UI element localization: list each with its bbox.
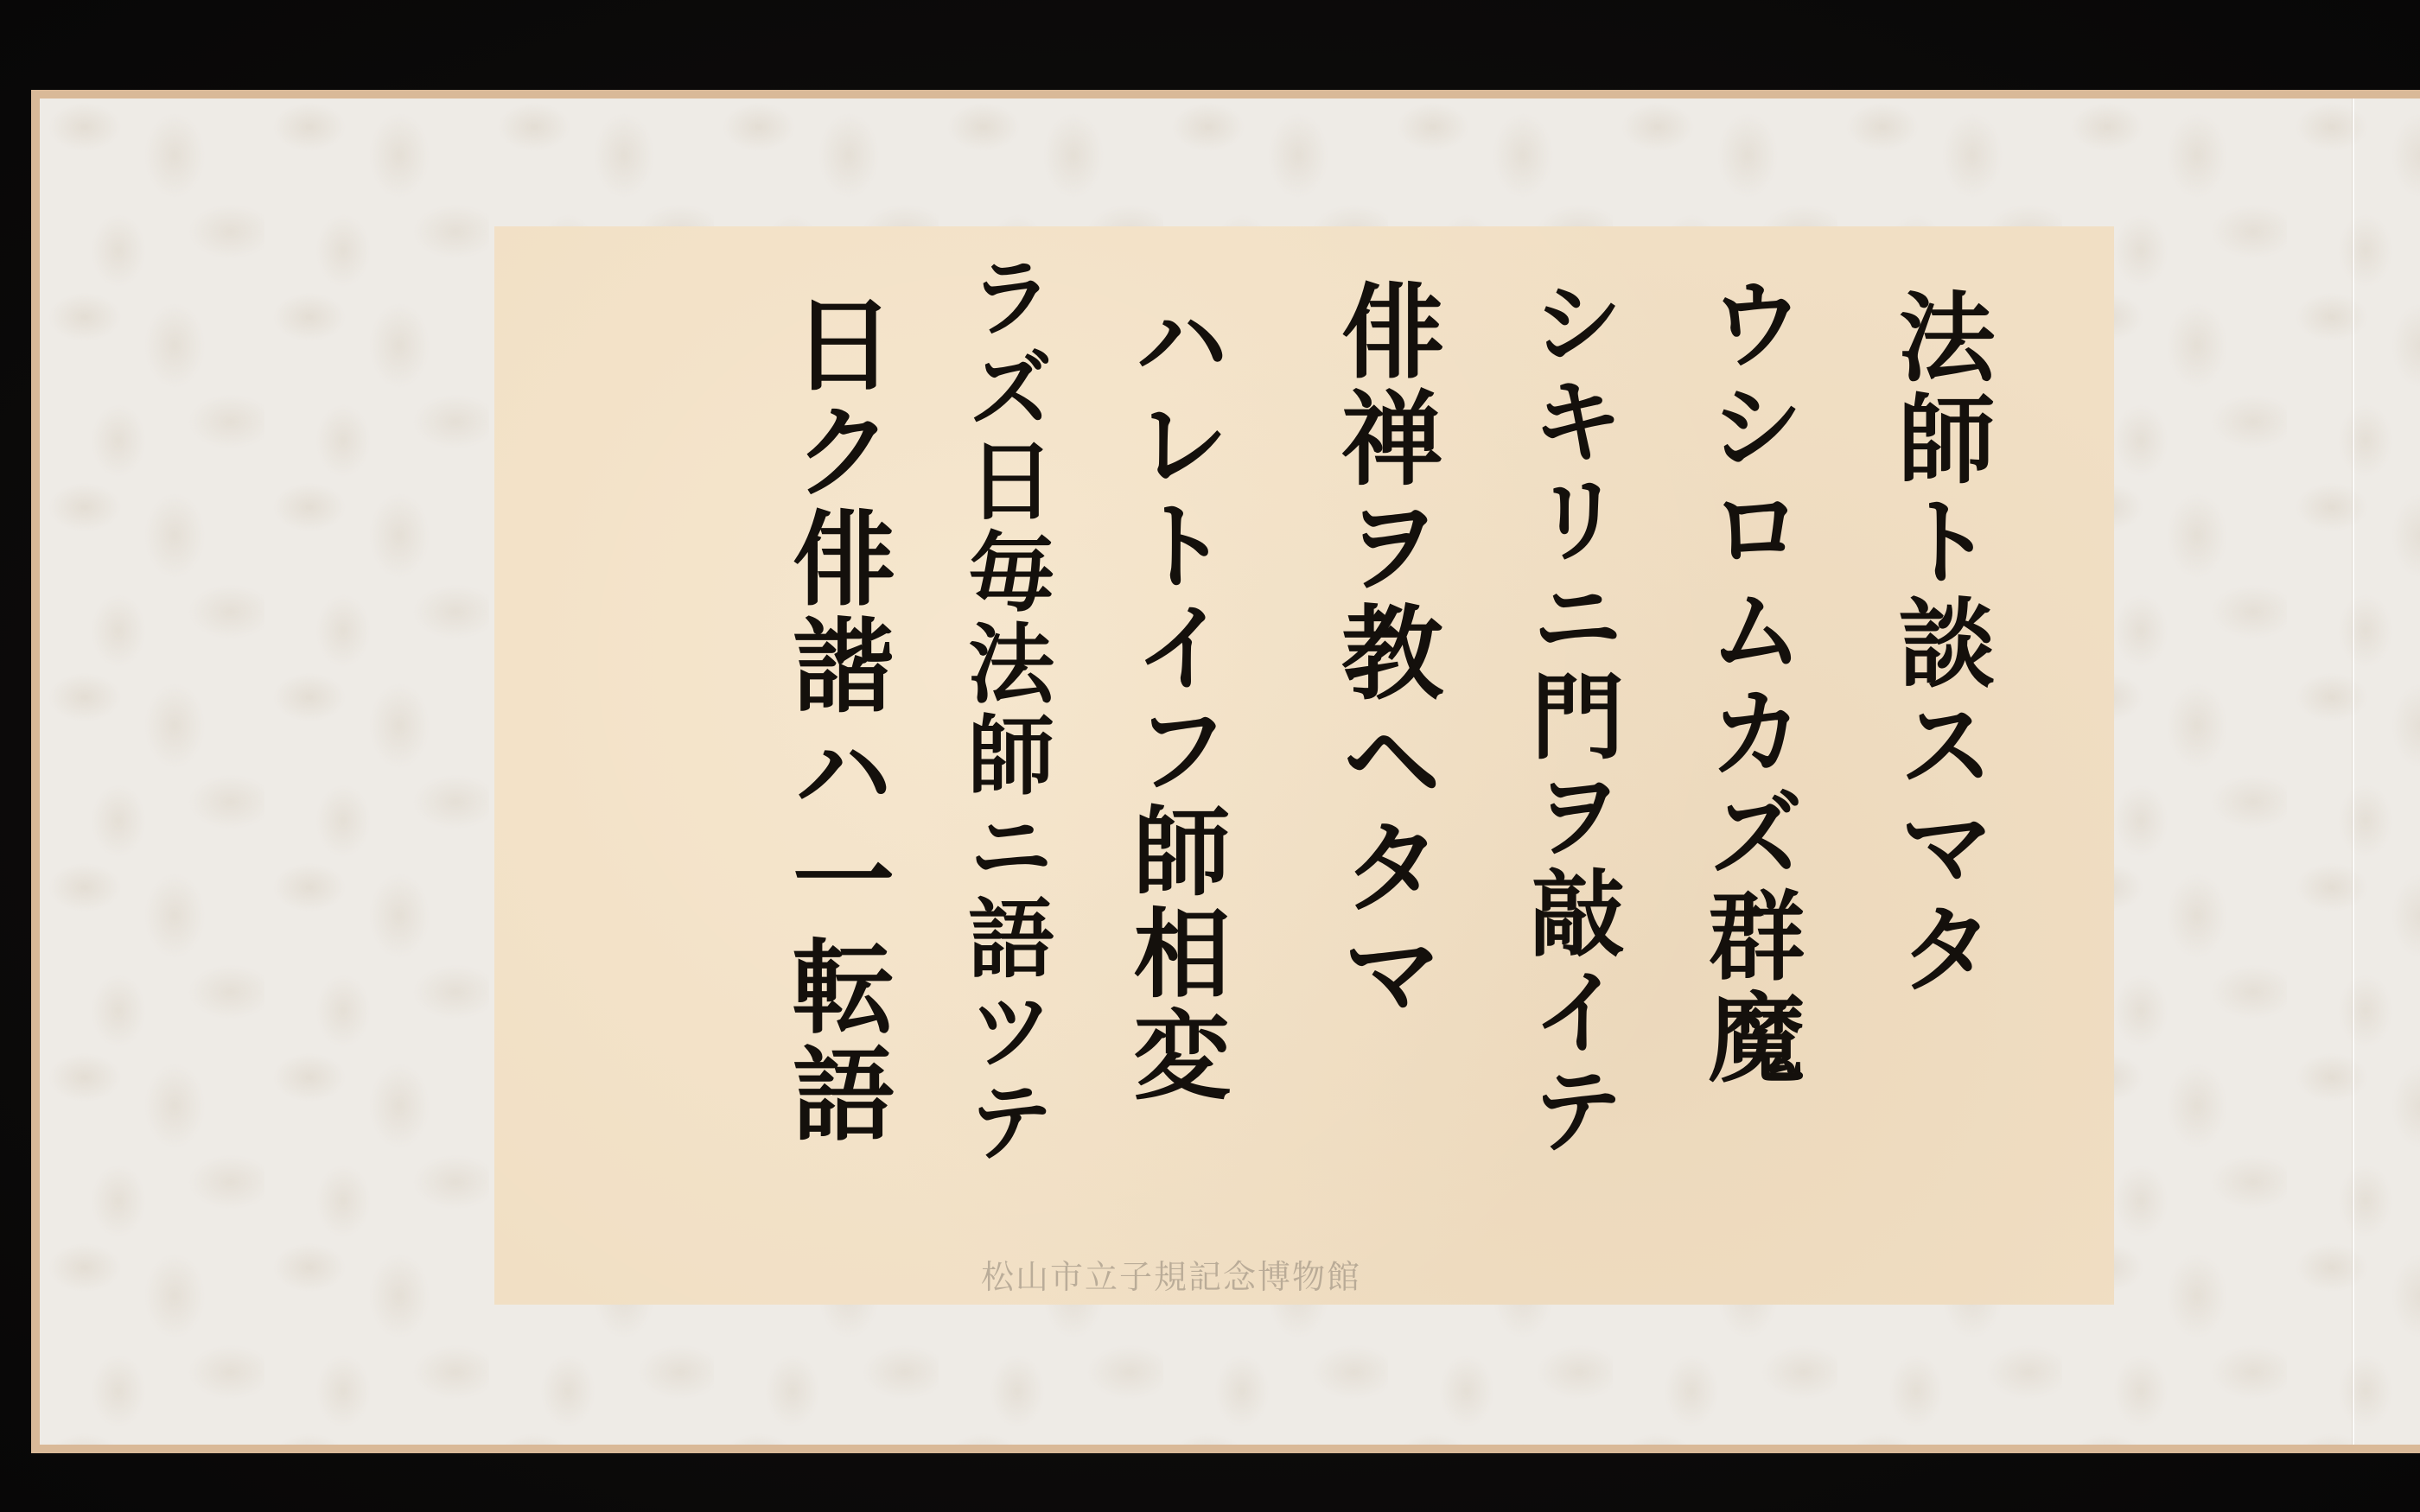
calligraphy-column-3: シキリニ門ヲ敲イテ [1523, 274, 1616, 1160]
scroll-fold-line [2353, 98, 2354, 1445]
calligraphy-column-4: 俳禅ヲ教ヘタマ [1333, 278, 1435, 1028]
calligraphy-column-2: ウシロムカズ群魔 [1700, 274, 1797, 1090]
calligraphy-column-1: 法師ト談スマタ [1890, 287, 1987, 1001]
calligraphy-paper: 法師ト談スマタ ウシロムカズ群魔 シキリニ門ヲ敲イテ 俳禅ヲ教ヘタマ ハレトイフ… [494, 226, 2114, 1305]
calligraphy-column-6: ラズ日毎法師ニ語ツテ [961, 252, 1048, 1168]
museum-watermark: 松山市立子規記念博物館 [981, 1250, 1361, 1298]
calligraphy-column-5: ハレトイフ師相変 [1125, 291, 1222, 1107]
calligraphy-columns: 法師ト談スマタ ウシロムカズ群魔 シキリニ門ヲ敲イテ 俳禅ヲ教ヘタマ ハレトイフ… [494, 226, 2114, 1305]
calligraphy-column-7: 日ク俳諧ハ一転語 [784, 291, 886, 1148]
